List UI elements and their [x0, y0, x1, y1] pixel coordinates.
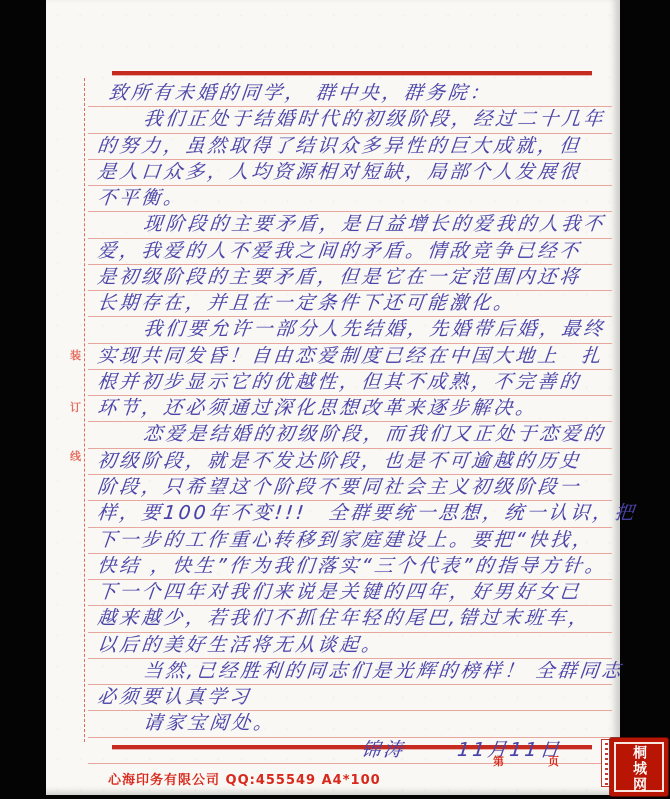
letter-line: 样，要100年不变!!! 全群要统一思想，统一认识，把 — [88, 501, 612, 527]
letter-line: 的努力，虽然取得了结识众多异性的巨大成就，但 — [88, 134, 612, 160]
letter-line: 致所有未婚的同学， 群中央，群务院： — [88, 81, 612, 107]
letter-line-text: 根并初步显示它的优越性，但其不成熟，不完善的 — [88, 370, 583, 395]
letter-line: 我们要允许一部分人先结婚，先婚带后婚，最终 — [88, 317, 612, 343]
letter-line: 快结 ，快生”作为我们落实“三个代表”的指导方针。 — [88, 554, 612, 580]
letter-line: 环节，还必须通过深化思想改革来逐步解决。 — [88, 396, 612, 422]
signature-line: 锦涛 11月11日 — [88, 738, 612, 764]
letter-line-text: 爱，我爱的人不爱我之间的矛盾。情敌竞争已经不 — [88, 239, 583, 264]
letter-line-text: 不平衡。 — [88, 186, 187, 211]
binding-label-zhuang: 装 — [70, 350, 82, 362]
letter-line-text: 初级阶段，就是不发达阶段，也是不可逾越的历史 — [88, 449, 583, 474]
binding-dashed-line — [84, 78, 85, 742]
letter-line-text: 恋爱是结婚的初级阶段，而我们又正处于恋爱的 — [88, 422, 607, 447]
letter-line: 下一个四年对我们来说是关键的四年，好男好女已 — [88, 580, 612, 606]
page-number-label-right: 页 — [548, 753, 559, 769]
letter-line-text: 越来越少，若我们不抓住年轻的尾巴,错过末班车， — [88, 606, 592, 631]
letter-line: 现阶段的主要矛盾，是日益增长的爱我的人我不 — [88, 212, 612, 238]
letter-line-text: 是初级阶段的主要矛盾，但是它在一定范围内还将 — [88, 265, 583, 290]
letter-line-text: 样，要100年不变!!! 全群要统一思想，统一认识，把 — [88, 501, 638, 526]
letter-line: 以后的美好生活将无从谈起。 — [88, 633, 612, 659]
letterhead-top-rule — [112, 71, 592, 75]
letter-line-text: 请家宝阅处。 — [88, 711, 277, 736]
letter-line: 请家宝阅处。 — [88, 711, 612, 737]
letter-line: 是初级阶段的主要矛盾，但是它在一定范围内还将 — [88, 265, 612, 291]
letter-line: 我们正处于结婚时代的初级阶段，经过二十几年 — [88, 107, 612, 133]
letter-line-text: 快结 ，快生”作为我们落实“三个代表”的指导方针。 — [88, 554, 608, 579]
letter-line-text: 的努力，虽然取得了结识众多异性的巨大成就，但 — [88, 134, 583, 159]
page-number-label-left: 第 — [493, 753, 504, 769]
signature-name: 锦涛 — [360, 738, 407, 763]
letter-line: 初级阶段，就是不发达阶段，也是不可逾越的历史 — [88, 449, 612, 475]
letter-line: 当然,已经胜利的同志们是光辉的榜样！ 全群同志 — [88, 659, 612, 685]
letter-line-text: 现阶段的主要矛盾，是日益增长的爱我的人我不 — [88, 212, 607, 237]
letter-line-text: 环节，还必须通过深化思想改革来逐步解决。 — [88, 396, 539, 421]
letter-line: 长期存在，并且在一定条件下还可能激化。 — [88, 291, 612, 317]
letter-line-text: 我们正处于结婚时代的初级阶段，经过二十几年 — [88, 107, 607, 132]
scanned-letter-page: 装 订 线 致所有未婚的同学， 群中央，群务院：我们正处于结婚时代的初级阶段，经… — [0, 0, 670, 799]
letter-paper: 装 订 线 致所有未婚的同学， 群中央，群务院：我们正处于结婚时代的初级阶段，经… — [46, 0, 620, 795]
printer-info-line: 心海印务有限公司 QQ:455549 A4*100 — [108, 769, 381, 788]
letter-line-text: 实现共同发昏！自由恋爱制度已经在中国大地上 扎 — [88, 344, 605, 369]
letter-line: 爱，我爱的人不爱我之间的矛盾。情敌竞争已经不 — [88, 239, 612, 265]
letter-line-text: 致所有未婚的同学， 群中央，群务院： — [88, 81, 493, 106]
signature-date: 11月11日 — [456, 738, 563, 763]
letter-line: 下一步的工作重心转移到家庭建设上。要把“快找， — [88, 528, 612, 554]
letter-line: 不平衡。 — [88, 186, 612, 212]
letter-line-text: 阶段，只希望这个阶段不要同社会主义初级阶段一 — [88, 475, 583, 500]
letter-line: 恋爱是结婚的初级阶段，而我们又正处于恋爱的 — [88, 422, 612, 448]
letter-line: 阶段，只希望这个阶段不要同社会主义初级阶段一 — [88, 475, 612, 501]
letter-line-text: 当然,已经胜利的同志们是光辉的榜样！ 全群同志 — [88, 659, 625, 684]
letter-line-text: 下一个四年对我们来说是关键的四年，好男好女已 — [88, 580, 583, 605]
letter-line: 实现共同发昏！自由恋爱制度已经在中国大地上 扎 — [88, 344, 612, 370]
letter-line: 必须要认真学习 — [88, 685, 612, 711]
letter-body: 致所有未婚的同学， 群中央，群务院：我们正处于结婚时代的初级阶段，经过二十几年的… — [88, 81, 612, 764]
letter-line-text: 必须要认真学习 — [88, 685, 253, 710]
letter-line-text: 长期存在，并且在一定条件下还可能激化。 — [88, 291, 517, 316]
letter-line: 是人口众多，人均资源相对短缺，局部个人发展很 — [88, 160, 612, 186]
letter-line: 越来越少，若我们不抓住年轻的尾巴,错过末班车， — [88, 606, 612, 632]
letter-line: 根并初步显示它的优越性，但其不成熟，不完善的 — [88, 370, 612, 396]
binding-label-xian: 线 — [70, 451, 82, 463]
letter-line-text: 下一步的工作重心转移到家庭建设上。要把“快找， — [88, 528, 595, 553]
seal-text: 桐城网 — [610, 744, 668, 794]
letter-line-text: 是人口众多，人均资源相对短缺，局部个人发展很 — [88, 160, 583, 185]
tongcheng-seal: 桐城网 — [610, 738, 668, 796]
letter-line-text: 以后的美好生活将无从谈起。 — [88, 633, 385, 658]
letter-line-text: 我们要允许一部分人先结婚，先婚带后婚，最终 — [88, 317, 607, 342]
binding-label-ding: 订 — [70, 402, 82, 414]
